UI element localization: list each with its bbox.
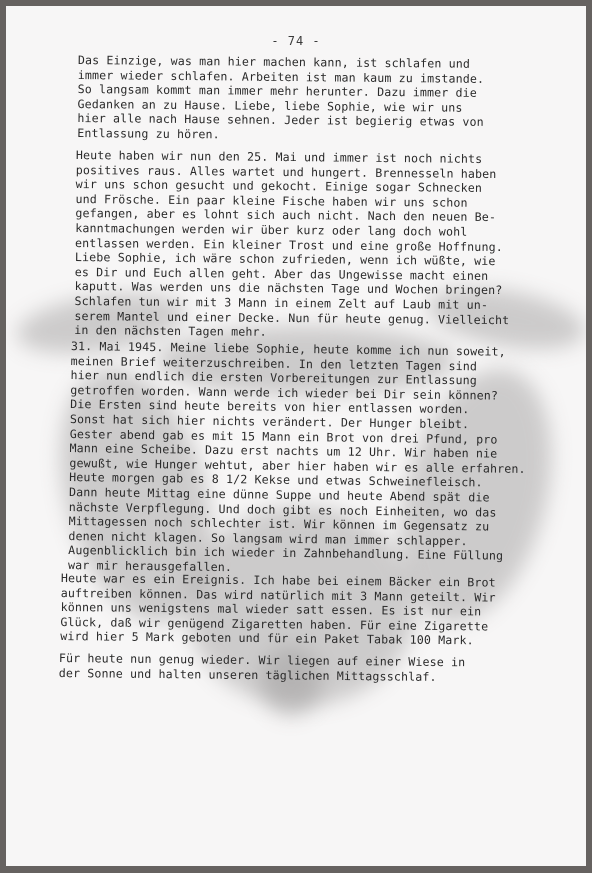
paragraph: Heute haben wir nun den 25. Mai und imme… xyxy=(74,148,511,342)
page-number: - 74 - xyxy=(6,34,586,48)
paragraph: Das Einzige, was man hier machen kann, i… xyxy=(77,53,484,144)
document-page: - 74 - Das Einzige, was man hier machen … xyxy=(6,6,586,866)
paragraph: Für heute nun genug wieder. Wir liegen a… xyxy=(59,651,466,684)
paragraph: 31. Mai 1945. Meine liebe Sophie, heute … xyxy=(68,339,527,578)
paragraph: Heute war es ein Ereignis. Ich habe bei … xyxy=(60,571,496,649)
